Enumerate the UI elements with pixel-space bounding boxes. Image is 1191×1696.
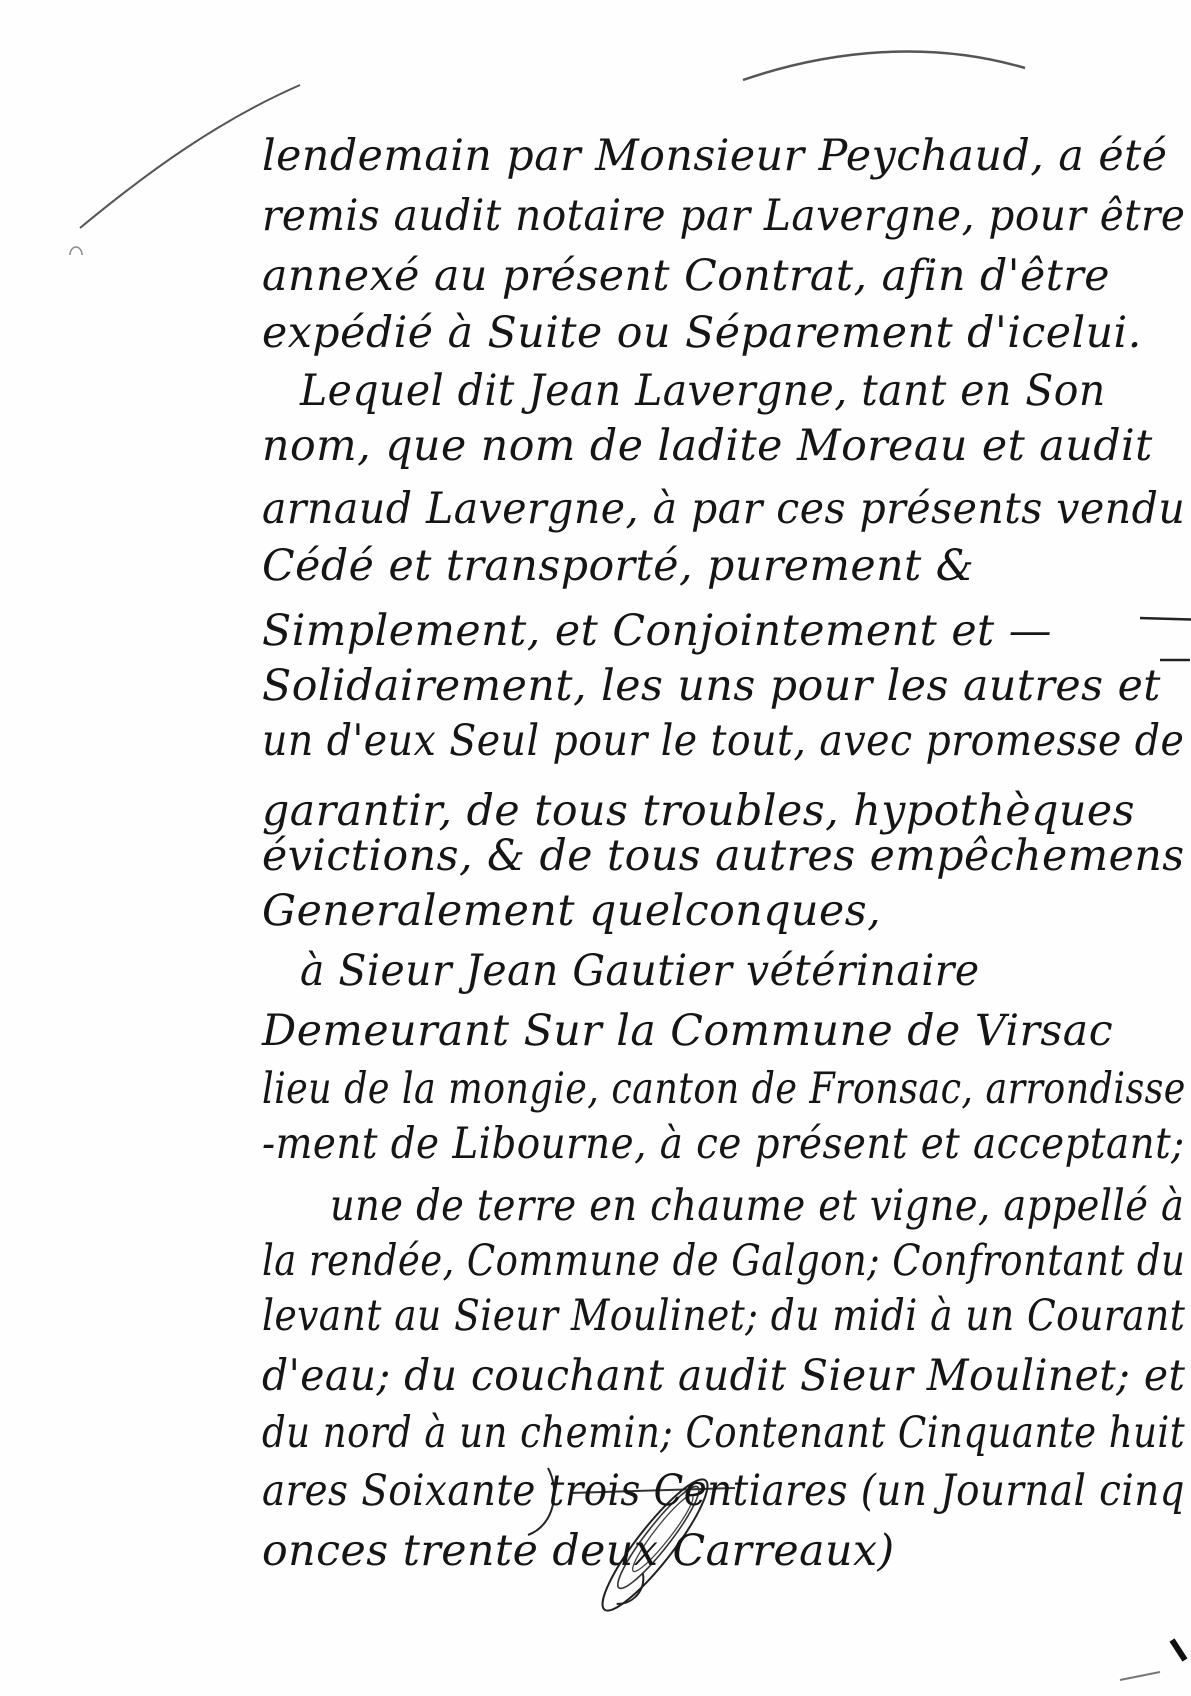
manuscript-line-2: remis audit notaire par Lavergne, pour ê… <box>262 195 1141 238</box>
manuscript-line-1: lendemain par Monsieur Peychaud, a été <box>262 135 1185 178</box>
margin-circle-mark <box>70 247 82 255</box>
manuscript-line-11: un d'eux Seul pour le tout, avec promess… <box>262 720 1116 763</box>
edge-stroke <box>1120 1672 1160 1680</box>
manuscript-line-3: annexé au présent Contrat, afin d'être <box>262 255 1185 298</box>
manuscript-line-9: Simplement, et Conjointement et — <box>262 610 1185 653</box>
manuscript-line-5: Lequel dit Jean Lavergne, tant en Son <box>300 370 1185 413</box>
manuscript-line-23: du nord à un chemin; Contenant Cinquante… <box>262 1412 1065 1455</box>
manuscript-line-4: expédié à Suite ou Séparement d'icelui. <box>262 312 1185 355</box>
manuscript-line-14: Generalement quelconques, <box>262 890 1185 933</box>
manuscript-line-19: une de terre en chaume et vigne, appellé… <box>330 1185 1160 1228</box>
manuscript-line-20: la rendée, Commune de Galgon; Confrontan… <box>262 1240 1063 1283</box>
manuscript-line-13: évictions, & de tous autres empêchemens <box>262 835 1184 878</box>
manuscript-page: lendemain par Monsieur Peychaud, a été r… <box>0 0 1191 1696</box>
manuscript-line-8: Cédé et transporté, purement & <box>262 545 1185 588</box>
manuscript-line-15: à Sieur Jean Gautier vétérinaire <box>300 950 1185 993</box>
manuscript-line-22: d'eau; du couchant audit Sieur Moulinet;… <box>262 1355 1145 1398</box>
manuscript-line-21: levant au Sieur Moulinet; du midi à un C… <box>262 1295 1075 1338</box>
manuscript-line-7: arnaud Lavergne, à par ces présents vend… <box>262 488 1149 531</box>
manuscript-line-24: ares Soixante trois Centiares (un Journa… <box>262 1470 1102 1513</box>
edge-mark <box>1172 1640 1185 1660</box>
manuscript-line-17: lieu de la mongie, canton de Fronsac, ar… <box>262 1068 1051 1111</box>
top-right-flourish <box>743 51 1025 80</box>
manuscript-line-18: -ment de Libourne, à ce présent et accep… <box>262 1123 1103 1166</box>
manuscript-line-12: garantir, de tous troubles, hypothèques <box>262 790 1185 833</box>
manuscript-line-16: Demeurant Sur la Commune de Virsac <box>262 1010 1185 1053</box>
manuscript-line-25: onces trente deux Carreaux) <box>262 1530 1185 1573</box>
manuscript-line-10: Solidairement, les uns pour les autres e… <box>262 665 1185 708</box>
manuscript-line-6: nom, que nom de ladite Moreau et audit <box>262 425 1185 468</box>
